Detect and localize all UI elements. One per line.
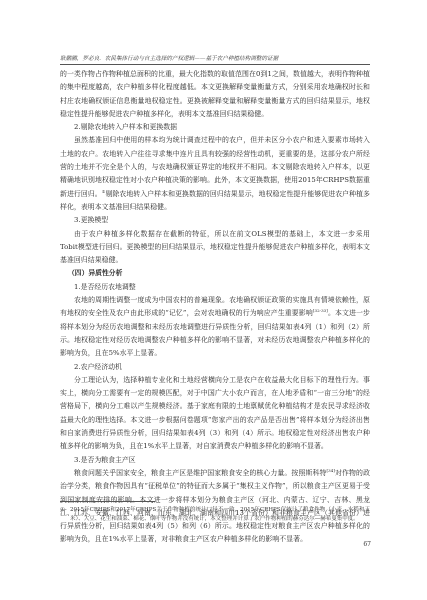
paragraph-continuation: 的一类作物占作物种植总面积的比重，最大化指数的取值范围在0到1之间，数值越大，表…: [60, 68, 370, 121]
citation-ref[interactable]: [32-33]: [313, 308, 328, 313]
citation-ref[interactable]: [34]: [327, 468, 335, 473]
subheading-grain-region: 3.是否为粮食主产区: [60, 454, 370, 467]
paragraph-robustness-2: 虽然基准回归中使用的样本均为统计调查过程中的农户，但并未区分小农户和进入要素市场…: [60, 134, 370, 214]
section-heading-heterogeneity: （四）异质性分析: [60, 267, 370, 280]
subheading-robustness-2: 2.剔除农地转入户样本和更换数据: [60, 121, 370, 134]
running-header: 耿鹏鹏，罗必良．农民集体行动与自主选择的产权逻辑——基于农户种植结构调整的证据: [60, 55, 370, 65]
body-text: 的一类作物占作物种植总面积的比重，最大化指数的取值范围在0到1之间，数值越大，表…: [60, 68, 370, 547]
paragraph-economic-motive: 分工理论认为，选择种植专业化和土地经营横向分工是农户在收益最大化目标下的理性行为…: [60, 374, 370, 454]
subheading-land-adjustment: 1.是否经历农地调整: [60, 281, 370, 294]
footnote-mark: ①: [60, 506, 70, 523]
footnote-divider: [60, 501, 155, 502]
paragraph-land-adjustment: 农地的周期性调整一度成为中国农村的普遍现象。农地确权颁证政策的实施具有情境依赖性…: [60, 294, 370, 360]
page-content: 耿鹏鹏，罗必良．农民集体行动与自主选择的产权逻辑——基于农户种植结构调整的证据 …: [60, 55, 370, 547]
paragraph-robustness-3: 由于农户种植多样化数据存在截断的特征，所以在前文OLS模型的基础上，本文进一步采…: [60, 228, 370, 268]
footnote: ① 2015年CRHPS和2017年CRHPS关于作物种植的统计口径不一致，20…: [60, 506, 370, 523]
page-number: 67: [355, 541, 371, 548]
subheading-robustness-3: 3.更换模型: [60, 214, 370, 227]
footnote-text: 2015年CRHPS和2017年CRHPS关于作物种植的统计口径不一致，2015…: [70, 506, 370, 523]
subheading-economic-motive: 2.农户经济动机: [60, 361, 370, 374]
